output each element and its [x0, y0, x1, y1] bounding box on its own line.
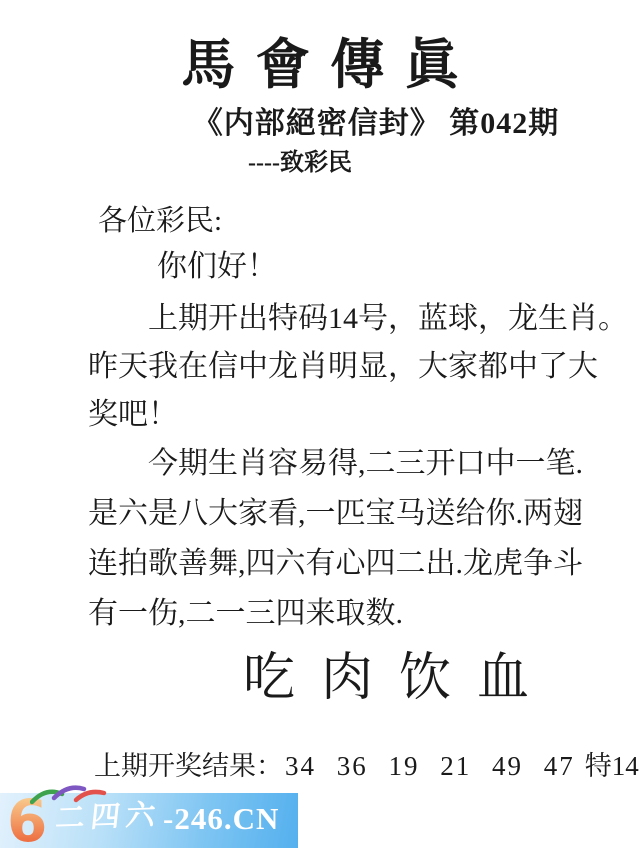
- logo-site-name: 二四六: [54, 797, 163, 835]
- previous-draw-paragraph: 上期开出特码14号，蓝球，龙生肖。 昨天我在信中龙肖明显，大家都中了大 奖吧！: [88, 295, 640, 439]
- letter-body: 各位彩民: 你们好！ 上期开出特码14号，蓝球，龙生肖。 昨天我在信中龙肖明显，…: [88, 204, 640, 783]
- page-title: 馬會傳眞: [0, 34, 640, 96]
- tip-verse-paragraph: 今期生肖容易得,二三开口中一笔. 是六是八大家看,一匹宝马送给你.两翅 连拍歌善…: [88, 439, 640, 639]
- results-label: 上期开奖结果：: [94, 751, 283, 781]
- page-subtitle: 《内部絕密信封》 第042期: [0, 104, 640, 143]
- highlight-phrase: 吃肉饮血: [88, 649, 640, 709]
- logo-site-domain: -246.CN: [163, 802, 279, 836]
- footer-logo-bar: 6 二四六 -246.CN: [0, 793, 298, 848]
- results-special-number: 特14: [585, 751, 639, 781]
- dedication-line: ----致彩民: [0, 149, 640, 178]
- header: 馬會傳眞 《内部絕密信封》 第042期 ----致彩民: [0, 34, 640, 178]
- previous-results-line: 上期开奖结果：34 36 19 21 49 47特14: [94, 749, 640, 783]
- greeting: 你们好！: [88, 249, 640, 285]
- salutation: 各位彩民:: [98, 204, 640, 239]
- fax-sheet: 馬會傳眞 《内部絕密信封》 第042期 ----致彩民 各位彩民: 你们好！ 上…: [0, 0, 640, 848]
- results-numbers: 34 36 19 21 49 47: [285, 751, 575, 781]
